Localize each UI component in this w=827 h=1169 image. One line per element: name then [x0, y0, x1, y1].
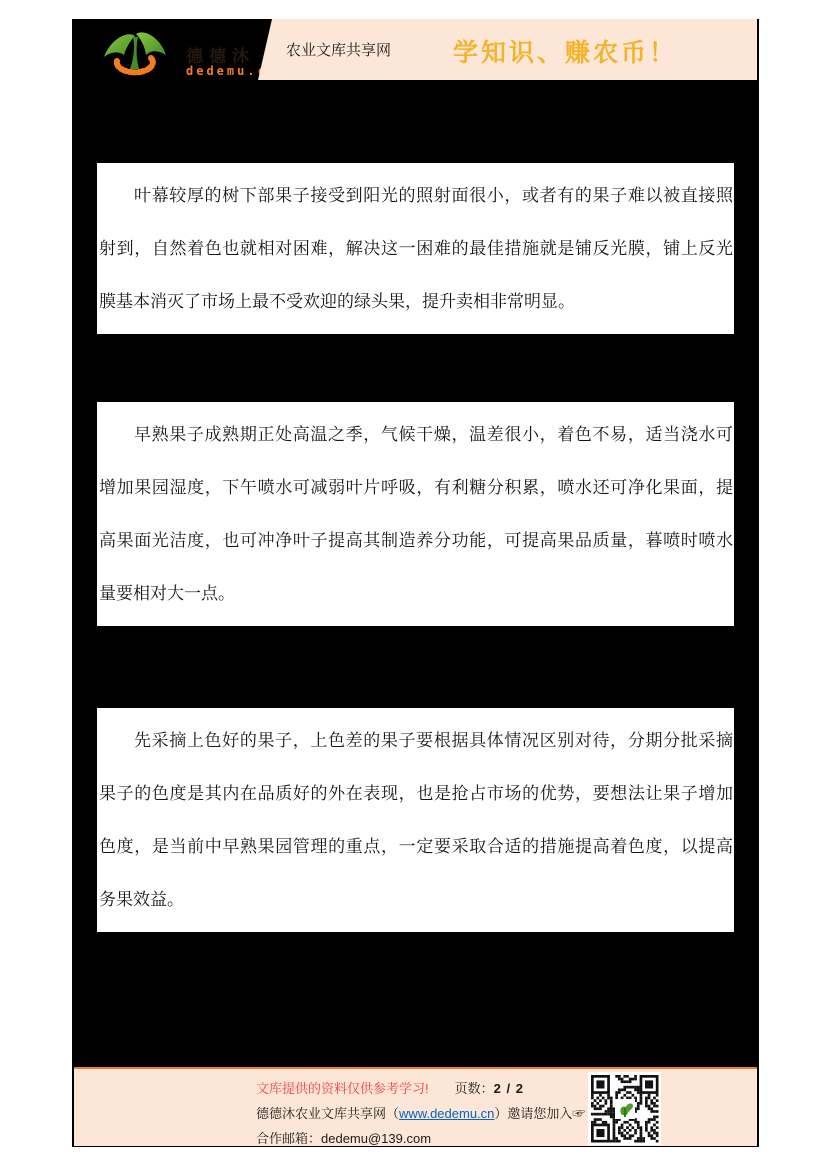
page-footer: 文库提供的资料仅供参考学习!页数：2 / 2 德德沐农业文库共享网（www.de…	[74, 1067, 757, 1146]
footer-text: 文库提供的资料仅供参考学习!页数：2 / 2 德德沐农业文库共享网（www.de…	[256, 1076, 585, 1151]
paragraph-line: 叶幕较厚的树下部果子接受到阳光的照射面很小，或者有的果子难以被直接照	[99, 169, 733, 222]
qr-code	[588, 1072, 661, 1145]
content-area: 德德沐 dedemu.cn 农业文库共享网 学知识、赚农币！ 叶幕较厚的树下部果…	[72, 19, 759, 1147]
paragraph-line: 增加果园湿度，下午喷水可减弱叶片呼吸，有利糖分积累，喷水还可净化果面，提	[99, 461, 733, 514]
page-header: 德德沐 dedemu.cn 农业文库共享网 学知识、赚农币！	[72, 19, 759, 80]
logo-tree-icon	[100, 27, 180, 77]
paragraph-line: 高果面光洁度，也可冲净叶子提高其制造养分功能，可提高果品质量，暮喷时喷水	[99, 514, 733, 567]
footer-site-line: 德德沐农业文库共享网（www.dedemu.cn）邀请您加入☞	[256, 1101, 585, 1126]
page-count-value: 2 / 2	[494, 1081, 524, 1096]
footer-site-prefix: 德德沐农业文库共享网（	[256, 1106, 399, 1121]
page-count-label: 页数：	[455, 1081, 494, 1096]
paragraph-block: 叶幕较厚的树下部果子接受到阳光的照射面很小，或者有的果子难以被直接照 射到，自然…	[97, 163, 734, 334]
footer-site-suffix: ）邀请您加入☞	[494, 1106, 585, 1121]
paragraph-block: 先采摘上色好的果子，上色差的果子要根据具体情况区别对待，分期分批采摘 果子的色度…	[97, 708, 734, 932]
paragraph-line: 色度，是当前中早熟果园管理的重点，一定要采取合适的措施提高着色度，以提高	[99, 820, 733, 873]
footer-email-line: 合作邮箱：dedemu@139.com	[256, 1126, 585, 1151]
document-page: { "header": { "logo": { "site_text": "德德…	[0, 0, 827, 1169]
paragraph-line: 射到，自然着色也就相对困难，解决这一困难的最佳措施就是铺反光膜，铺上反光	[99, 222, 733, 275]
paragraph-line: 早熟果子成熟期正处高温之季，气候干燥，温差很小，着色不易，适当浇水可	[99, 408, 733, 461]
site-link[interactable]: www.dedemu.cn	[399, 1106, 494, 1121]
paragraph-block: 早熟果子成熟期正处高温之季，气候干燥，温差很小，着色不易，适当浇水可 增加果园湿…	[97, 402, 734, 626]
footer-line-1: 文库提供的资料仅供参考学习!页数：2 / 2	[256, 1076, 585, 1101]
paragraph-line: 务果效益。	[99, 873, 733, 926]
paragraph-line: 果子的色度是其内在品质好的外在表现，也是抢占市场的优势，要想法让果子增加	[99, 767, 733, 820]
slogan-text: 学知识、赚农币！	[453, 31, 677, 69]
site-name: 农业文库共享网	[286, 39, 391, 60]
footer-notice: 文库提供的资料仅供参考学习!	[256, 1081, 429, 1096]
paragraph-line: 先采摘上色好的果子，上色差的果子要根据具体情况区别对待，分期分批采摘	[99, 714, 733, 767]
header-banner: 农业文库共享网 学知识、赚农币！	[258, 19, 757, 80]
paragraph-line: 膜基本消灭了市场上最不受欢迎的绿头果，提升卖相非常明显。	[99, 275, 733, 328]
paragraph-line: 量要相对大一点。	[99, 567, 733, 620]
